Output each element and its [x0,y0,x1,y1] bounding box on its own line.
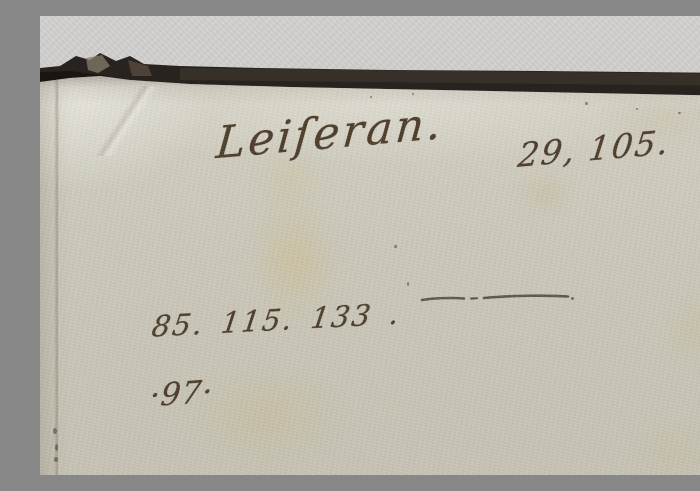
paper-speck [394,245,397,248]
paper-stain [620,416,700,475]
handwritten-page-number-line3: ·97· [148,374,215,415]
paper-speck [636,108,638,110]
handwritten-page-numbers-line2: 85. 115. 133 . [150,296,403,343]
paper-speck [55,444,58,451]
paper-speck [370,96,372,98]
paper-speck [53,428,57,434]
paper-speck [54,457,58,462]
corner-crease [50,86,200,156]
paper-speck [585,102,588,105]
paper-speck [678,112,681,114]
handwritten-dash-line [418,286,588,310]
paper-speck [407,282,409,286]
paper-speck [412,93,414,95]
paper-stain [655,286,700,376]
book-flyleaf-photo: Leiſeran. 29, 105. 85. 115. 133 . ·97· [40,16,700,475]
handwritten-owner-word: Leiſeran. [214,98,446,169]
handwritten-page-numbers-line1: 29, 105. [516,122,673,175]
